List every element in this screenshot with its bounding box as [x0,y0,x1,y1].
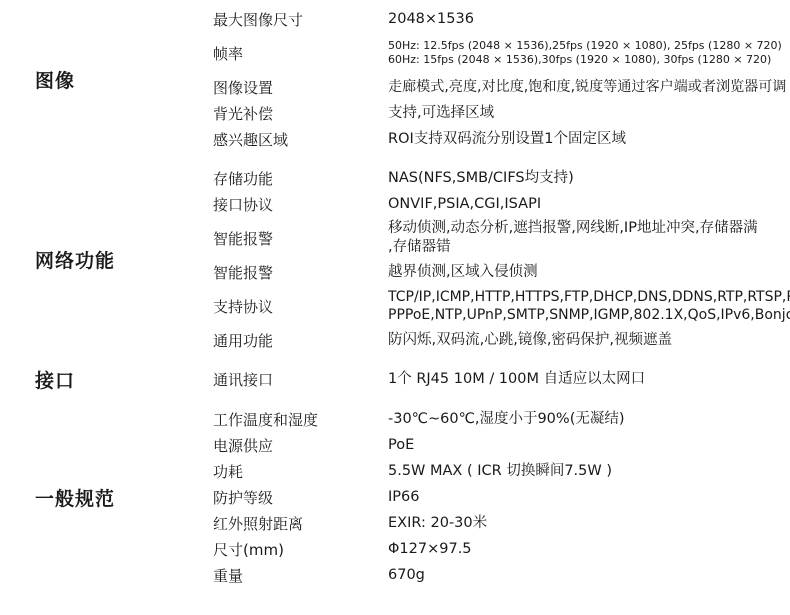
spec-row: 图像设置走廊模式,亮度,对比度,饱和度,锐度等通过客户端或者浏览器可调 [213,74,788,100]
spec-row: 智能报警移动侦测,动态分析,遮挡报警,网线断,IP地址冲突,存储器满 ,存储器错 [213,217,788,259]
row-label: 智能报警 [213,228,388,249]
category-label: 一般规范 [35,406,213,588]
spec-row: 通讯接口1个 RJ45 10M / 100M 自适应以太网口 [213,366,788,392]
category-label: 网络功能 [35,165,213,353]
row-value: 5.5W MAX ( ICR 切换瞬间7.5W ) [388,462,788,481]
row-label: 存储功能 [213,168,388,189]
row-value: Φ127×97.5 [388,540,788,559]
spec-rows: 存储功能NAS(NFS,SMB/CIFS均支持)接口协议ONVIF,PSIA,C… [213,165,788,353]
row-label: 智能报警 [213,262,388,283]
spec-row: 帧率50Hz: 12.5fps (2048 × 1536),25fps (192… [213,32,788,74]
spec-rows: 通讯接口1个 RJ45 10M / 100M 自适应以太网口 [213,366,788,393]
spec-row: 感兴趣区域ROI支持双码流分别设置1个固定区域 [213,126,788,152]
spec-row: 重量670g [213,562,788,588]
row-label: 接口协议 [213,194,388,215]
row-label: 背光补偿 [213,103,388,124]
spec-group: 接口通讯接口1个 RJ45 10M / 100M 自适应以太网口 [35,366,788,393]
spec-row: 功耗5.5W MAX ( ICR 切换瞬间7.5W ) [213,458,788,484]
spec-row: 尺寸(mm)Φ127×97.5 [213,536,788,562]
row-label: 帧率 [213,43,388,64]
row-value: 支持,可选择区域 [388,104,788,123]
row-label: 通讯接口 [213,369,388,390]
row-value: 1个 RJ45 10M / 100M 自适应以太网口 [388,370,788,389]
category-label: 图像 [35,6,213,152]
row-label: 工作温度和湿度 [213,409,388,430]
row-value: -30℃~60℃,湿度小于90%(无凝结) [388,410,788,429]
spec-row: 通用功能防闪烁,双码流,心跳,镜像,密码保护,视频遮盖 [213,327,788,353]
row-value: TCP/IP,ICMP,HTTP,HTTPS,FTP,DHCP,DNS,DDNS… [388,288,788,324]
row-value: 移动侦测,动态分析,遮挡报警,网线断,IP地址冲突,存储器满 ,存储器错 [388,219,788,257]
spec-row: 智能报警越界侦测,区域入侵侦测 [213,259,788,285]
spec-group: 网络功能存储功能NAS(NFS,SMB/CIFS均支持)接口协议ONVIF,PS… [35,165,788,353]
row-value: ROI支持双码流分别设置1个固定区域 [388,130,788,149]
spec-row: 存储功能NAS(NFS,SMB/CIFS均支持) [213,165,788,191]
spec-sheet-page: 图像最大图像尺寸2048×1536帧率50Hz: 12.5fps (2048 ×… [0,0,790,615]
spec-row: 工作温度和湿度-30℃~60℃,湿度小于90%(无凝结) [213,406,788,432]
spec-row: 背光补偿支持,可选择区域 [213,100,788,126]
spec-row: 电源供应PoE [213,432,788,458]
row-value: IP66 [388,488,788,507]
spec-rows: 最大图像尺寸2048×1536帧率50Hz: 12.5fps (2048 × 1… [213,6,788,152]
row-label: 红外照射距离 [213,513,388,534]
spec-table: 图像最大图像尺寸2048×1536帧率50Hz: 12.5fps (2048 ×… [35,6,788,588]
row-value: ONVIF,PSIA,CGI,ISAPI [388,195,788,214]
row-value: 2048×1536 [388,10,788,29]
spec-row: 接口协议ONVIF,PSIA,CGI,ISAPI [213,191,788,217]
row-value: 走廊模式,亮度,对比度,饱和度,锐度等通过客户端或者浏览器可调 [388,78,788,96]
row-value: PoE [388,436,788,455]
spec-row: 支持协议TCP/IP,ICMP,HTTP,HTTPS,FTP,DHCP,DNS,… [213,285,788,327]
spec-group: 图像最大图像尺寸2048×1536帧率50Hz: 12.5fps (2048 ×… [35,6,788,152]
row-value: 670g [388,566,788,585]
row-value: 防闪烁,双码流,心跳,镜像,密码保护,视频遮盖 [388,331,788,350]
row-label: 功耗 [213,461,388,482]
category-label: 接口 [35,366,213,393]
row-label: 防护等级 [213,487,388,508]
spec-row: 最大图像尺寸2048×1536 [213,6,788,32]
row-label: 通用功能 [213,330,388,351]
row-label: 最大图像尺寸 [213,9,388,30]
row-value: 50Hz: 12.5fps (2048 × 1536),25fps (1920 … [388,39,788,68]
spec-row: 防护等级IP66 [213,484,788,510]
row-label: 尺寸(mm) [213,539,388,560]
spec-group: 一般规范工作温度和湿度-30℃~60℃,湿度小于90%(无凝结)电源供应PoE功… [35,406,788,588]
row-value: EXIR: 20-30米 [388,514,788,533]
row-label: 电源供应 [213,435,388,456]
row-label: 图像设置 [213,77,388,98]
row-value: NAS(NFS,SMB/CIFS均支持) [388,169,788,188]
spec-row: 红外照射距离EXIR: 20-30米 [213,510,788,536]
row-label: 支持协议 [213,296,388,317]
row-label: 感兴趣区域 [213,129,388,150]
spec-rows: 工作温度和湿度-30℃~60℃,湿度小于90%(无凝结)电源供应PoE功耗5.5… [213,406,788,588]
row-value: 越界侦测,区域入侵侦测 [388,263,788,282]
row-label: 重量 [213,565,388,586]
